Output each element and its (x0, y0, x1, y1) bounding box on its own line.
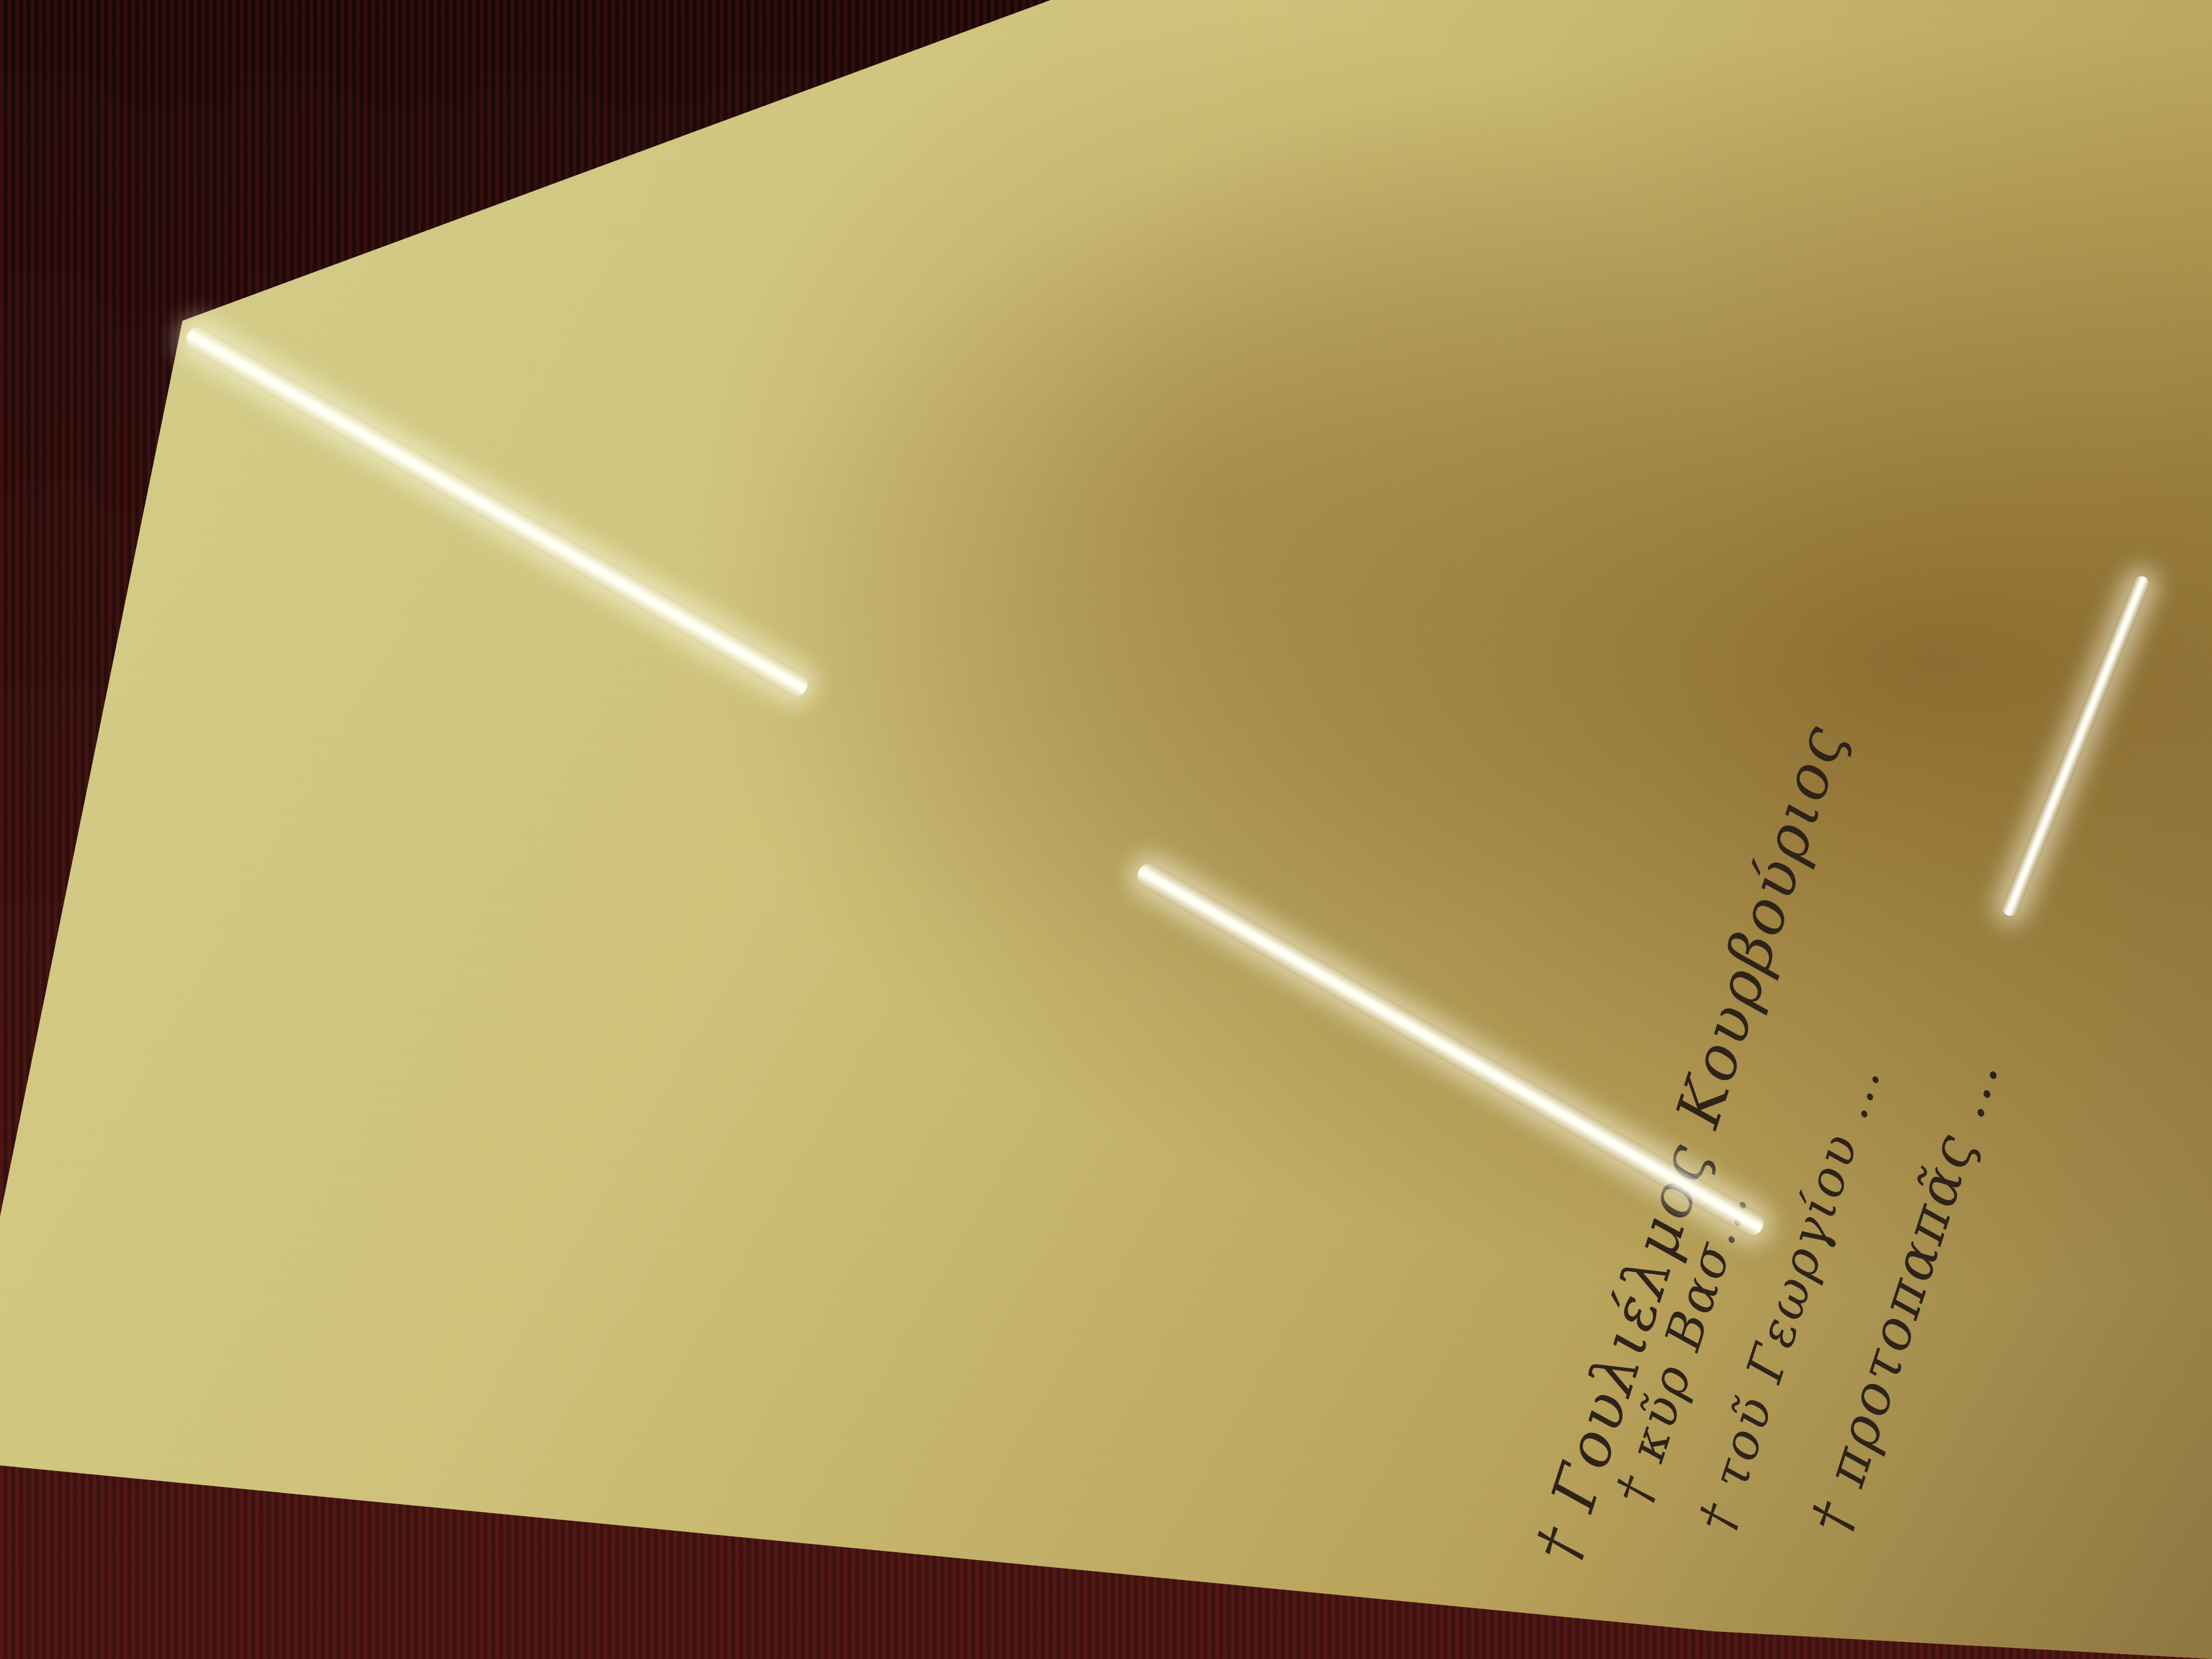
signature-line: † Γουλιέλμος Κουρβούριος (1521, 716, 1859, 1571)
